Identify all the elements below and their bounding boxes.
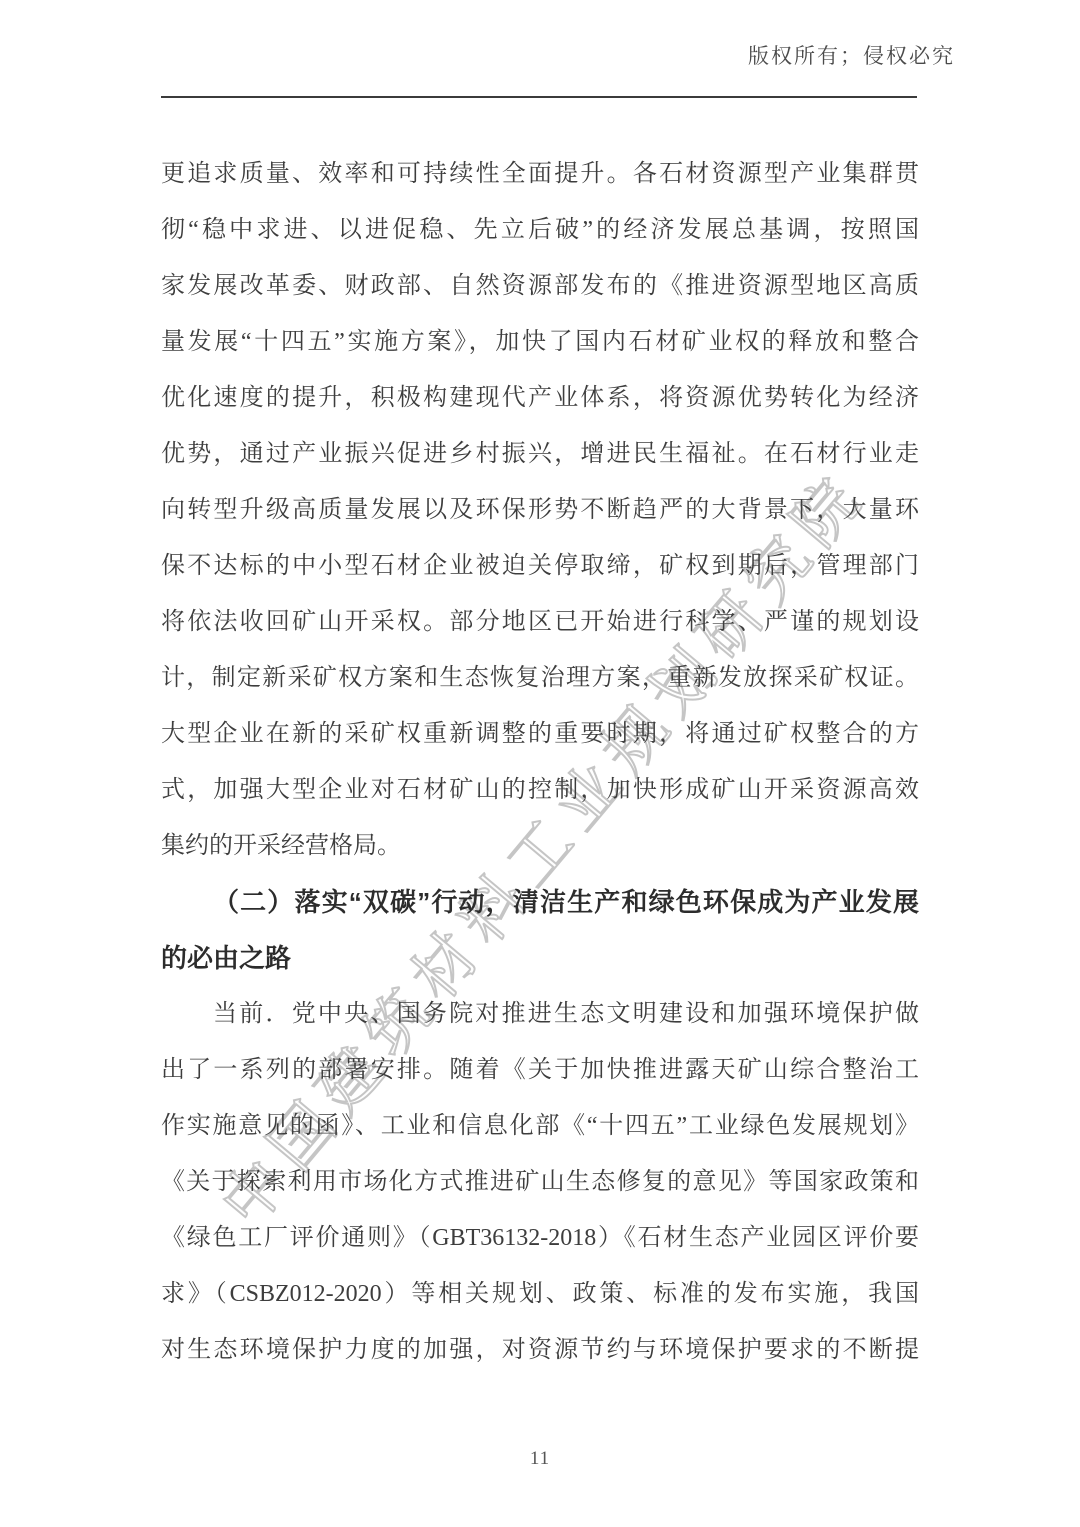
text-line: 计，制定新采矿权方案和生态恢复治理方案，重新发放探采矿权证。 <box>161 650 919 706</box>
text-line: 彻“稳中求进、以进促稳、先立后破”的经济发展总基调，按照国 <box>161 202 919 258</box>
text-line: 保不达标的中小型石材企业被迫关停取缔，矿权到期后，管理部门 <box>161 538 919 594</box>
text-line: 求》（CSBZ012-2020）等相关规划、政策、标准的发布实施，我国 <box>161 1266 919 1322</box>
text-line: 量发展“十四五”实施方案》，加快了国内石材矿业权的释放和整合 <box>161 314 919 370</box>
text-line: 《绿色工厂评价通则》（GBT36132-2018）《石材生态产业园区评价要 <box>161 1210 919 1266</box>
document-page: 版权所有；侵权必究 中国建筑材料工业规划研究院 更追求质量、效率和可持续性全面提… <box>0 0 1080 1527</box>
text-line: 家发展改革委、财政部、自然资源部发布的《推进资源型地区高质 <box>161 258 919 314</box>
text-line: 出了一系列的部署安排。随着《关于加快推进露天矿山综合整治工 <box>161 1042 919 1098</box>
text-line: 优势，通过产业振兴促进乡村振兴，增进民生福祉。在石材行业走 <box>161 426 919 482</box>
body-text: 更追求质量、效率和可持续性全面提升。各石材资源型产业集群贯彻“稳中求进、以进促稳… <box>161 146 919 1378</box>
header-divider <box>161 96 917 98</box>
paragraph-mining-rights: 更追求质量、效率和可持续性全面提升。各石材资源型产业集群贯彻“稳中求进、以进促稳… <box>161 146 919 874</box>
text-line: 《关于探索利用市场化方式推进矿山生态修复的意见》等国家政策和 <box>161 1154 919 1210</box>
paragraph-eco-policy: 当前．党中央、国务院对推进生态文明建设和加强环境保护做出了一系列的部署安排。随着… <box>161 986 919 1378</box>
heading-line: 的必由之路 <box>161 930 919 986</box>
text-line: 更追求质量、效率和可持续性全面提升。各石材资源型产业集群贯 <box>161 146 919 202</box>
text-line: 对生态环境保护力度的加强，对资源节约与环境保护要求的不断提 <box>161 1322 919 1378</box>
copyright-notice: 版权所有；侵权必究 <box>0 40 955 70</box>
text-line: 优化速度的提升，积极构建现代产业体系，将资源优势转化为经济 <box>161 370 919 426</box>
text-line: 式，加强大型企业对石材矿山的控制，加快形成矿山开采资源高效 <box>161 762 919 818</box>
section-heading-dual-carbon: （二）落实“双碳”行动，清洁生产和绿色环保成为产业发展的必由之路 <box>161 874 919 986</box>
text-line: 将依法收回矿山开采权。部分地区已开始进行科学、严谨的规划设 <box>161 594 919 650</box>
text-line: 当前．党中央、国务院对推进生态文明建设和加强环境保护做 <box>161 986 919 1042</box>
text-line: 集约的开采经营格局。 <box>161 818 919 874</box>
text-line: 大型企业在新的采矿权重新调整的重要时期，将通过矿权整合的方 <box>161 706 919 762</box>
text-line: 作实施意见的函》、工业和信息化部《“十四五”工业绿色发展规划》 <box>161 1098 919 1154</box>
page-number: 11 <box>0 1448 1080 1470</box>
text-line: 向转型升级高质量发展以及环保形势不断趋严的大背景下，大量环 <box>161 482 919 538</box>
heading-line: （二）落实“双碳”行动，清洁生产和绿色环保成为产业发展 <box>161 874 919 930</box>
